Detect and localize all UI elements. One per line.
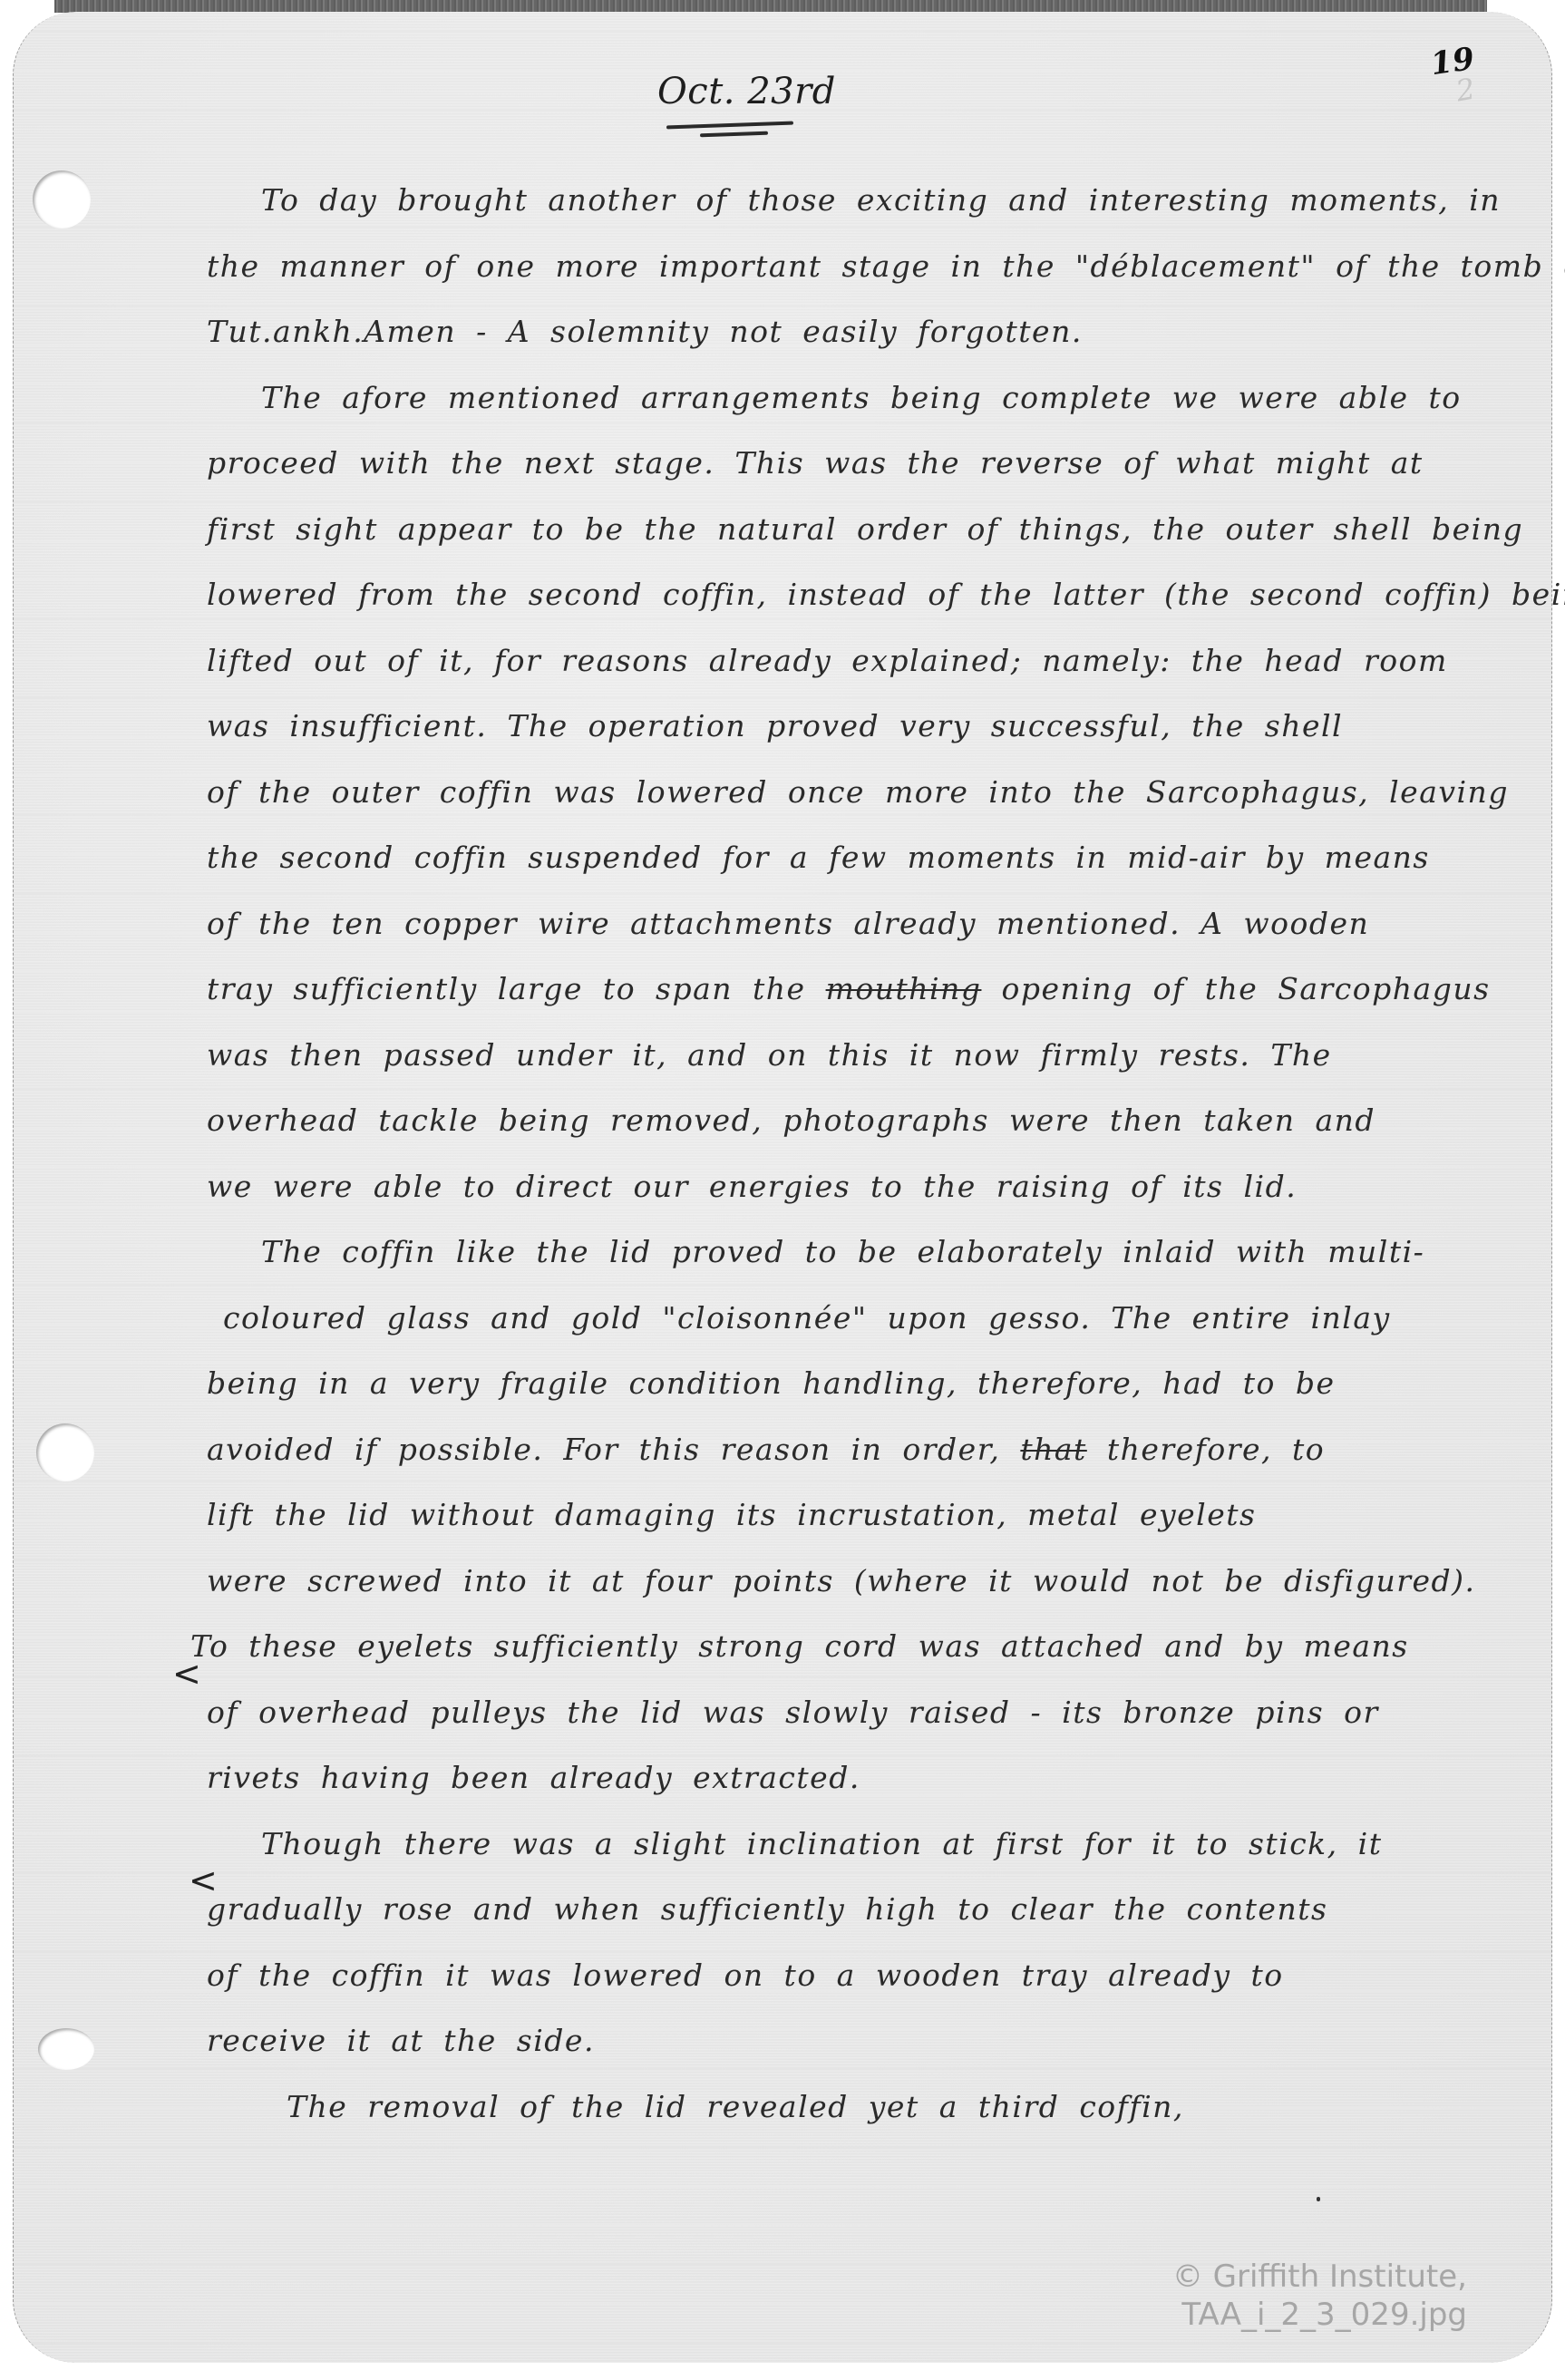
caret-mark-icon: <: [172, 1654, 201, 1694]
punch-hole: [38, 2028, 94, 2070]
struck-word: that: [1020, 1432, 1086, 1467]
text-line: To day brought another of those exciting…: [207, 168, 1512, 234]
handwritten-text-body: To day brought another of those exciting…: [207, 168, 1512, 2140]
text-line: the manner of one more important stage i…: [207, 234, 1512, 300]
ink-speck: [1317, 2197, 1320, 2201]
text-line: rivets having been already extracted.: [207, 1745, 1512, 1812]
caret-mark-icon: <: [189, 1860, 218, 1900]
text-line: of the ten copper wire attachments alrea…: [207, 891, 1512, 957]
text-line: being in a very fragile condition handli…: [207, 1351, 1512, 1417]
watermark-line-2: TAA_i_2_3_029.jpg: [1172, 2296, 1467, 2334]
punch-hole: [33, 170, 91, 228]
text-line: of the coffin it was lowered on to a woo…: [207, 1943, 1512, 2009]
text-line: was then passed under it, and on this it…: [207, 1023, 1512, 1089]
text-line: gradually rose and when sufficiently hig…: [207, 1877, 1512, 1943]
text-line: of overhead pulleys the lid was slowly r…: [207, 1680, 1512, 1746]
text-line: lift the lid without damaging its incrus…: [207, 1482, 1512, 1549]
text-line: the second coffin suspended for a few mo…: [207, 825, 1512, 891]
scanner-border: [54, 0, 1487, 13]
date-heading: Oct. 23rd: [657, 71, 836, 112]
text-line: lifted out of it, for reasons already ex…: [207, 628, 1512, 695]
text-line: of the outer coffin was lowered once mor…: [207, 760, 1512, 826]
punch-hole: [36, 1423, 94, 1481]
text-line: receive it at the side.: [207, 2008, 1512, 2074]
text-line: To these eyelets sufficiently strong cor…: [190, 1614, 1512, 1680]
text-line: tray sufficiently large to span the mout…: [207, 957, 1512, 1023]
struck-word: mouthing: [826, 971, 982, 1006]
text-line: was insufficient. The operation proved v…: [207, 694, 1512, 760]
text-line: avoided if possible. For this reason in …: [207, 1417, 1512, 1483]
text-line: The removal of the lid revealed yet a th…: [207, 2074, 1512, 2141]
text-line: coloured glass and gold "cloisonnée" upo…: [207, 1286, 1512, 1352]
text-line: overhead tackle being removed, photograp…: [207, 1088, 1512, 1154]
text-line: lowered from the second coffin, instead …: [207, 562, 1512, 628]
text-line: first sight appear to be the natural ord…: [207, 497, 1512, 563]
text-line: proceed with the next stage. This was th…: [207, 431, 1512, 497]
text-line: Though there was a slight inclination at…: [207, 1812, 1512, 1878]
copyright-watermark: © Griffith Institute, TAA_i_2_3_029.jpg: [1172, 2258, 1467, 2334]
watermark-line-1: © Griffith Institute,: [1172, 2258, 1467, 2296]
text-line: The coffin like the lid proved to be ela…: [207, 1219, 1512, 1286]
text-line: we were able to direct our energies to t…: [207, 1154, 1512, 1220]
text-line: The afore mentioned arrangements being c…: [207, 365, 1512, 432]
text-line: Tut.ankh.Amen - A solemnity not easily f…: [207, 299, 1512, 365]
text-line: were screwed into it at four points (whe…: [207, 1549, 1512, 1615]
